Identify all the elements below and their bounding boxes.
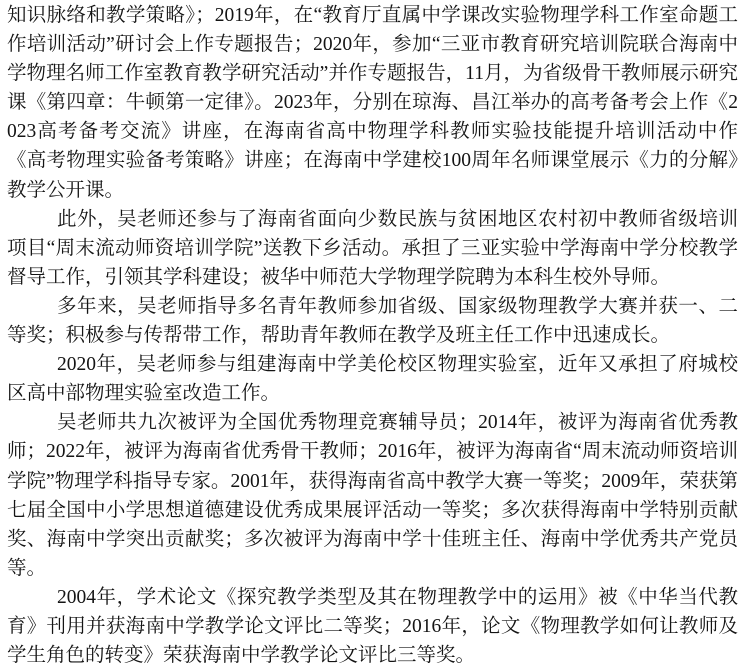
document-page: 知识脉络和教学策略》；2019年，在“教育厅直属中学课改实验物理学科工作室命题工… xyxy=(0,0,745,669)
paragraph-mentoring-young-teachers: 多年来，吴老师指导多名青年教师参加省级、国家级物理教学大赛并获一、二等奖；积极参… xyxy=(7,292,738,350)
paragraph-published-papers: 2004年，学术论文《探究教学类型及其在物理教学中的运用》被《中华当代教育》刊用… xyxy=(7,583,738,669)
paragraph-achievements-reports: 知识脉络和教学策略》；2019年，在“教育厅直属中学课改实验物理学科工作室命题工… xyxy=(7,1,738,205)
paragraph-lab-construction: 2020年，吴老师参与组建海南中学美伦校区物理实验室，近年又承担了府城校区高中部… xyxy=(7,350,738,408)
paragraph-rural-training: 此外，吴老师还参与了海南省面向少数民族与贫困地区农村初中教师省级培训项目“周末流… xyxy=(7,205,738,292)
paragraph-awards-honors: 吴老师共九次被评为全国优秀物理竞赛辅导员；2014年，被评为海南省优秀教师；20… xyxy=(7,408,738,583)
